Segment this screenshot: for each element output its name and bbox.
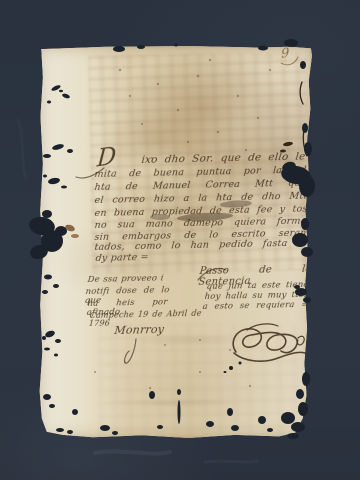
manuscript-page: 9 D ixo dho Sor. que de ello le mita de … [38, 46, 312, 438]
decree-line-1: De ssa proveeo i [87, 274, 164, 285]
photo-of-manuscript: 9 D ixo dho Sor. que de ello le mita de … [0, 0, 360, 480]
note-line-4: a esto se requiera = [202, 301, 309, 312]
folio-number: 9 [281, 47, 290, 62]
drop-cap-letter: D [96, 143, 117, 171]
secretary-signature: Monrroy [114, 324, 165, 337]
main-text-line-9: dy parte = [95, 253, 149, 264]
